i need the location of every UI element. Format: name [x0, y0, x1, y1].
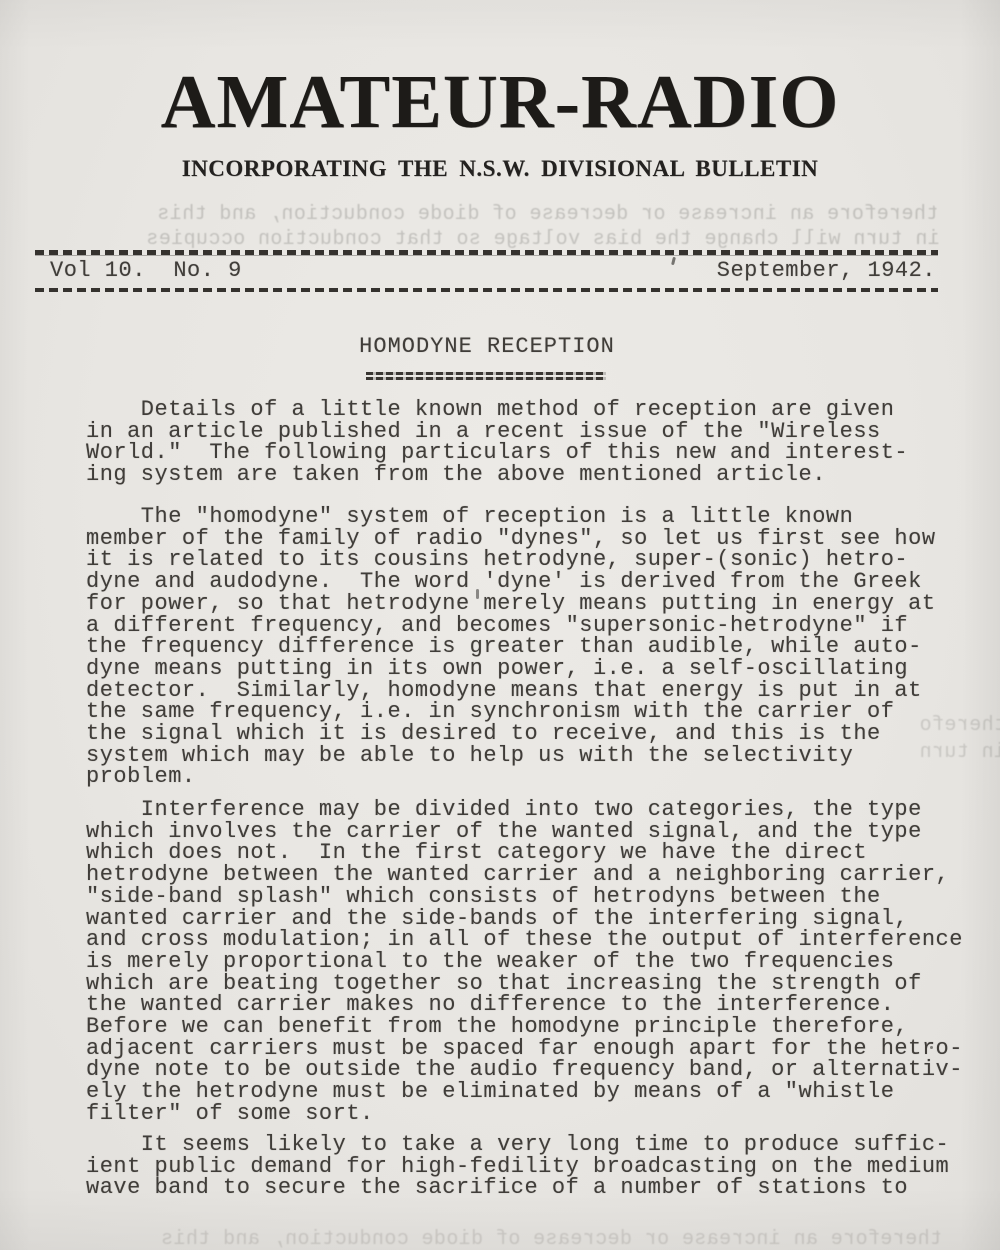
issue-volume: Vol 10. No. 9 — [50, 260, 242, 282]
text-line: the wanted carrier makes no difference t… — [86, 994, 966, 1016]
text-line: filter" of some sort. — [86, 1103, 966, 1125]
paragraph: Details of a little known method of rece… — [86, 399, 966, 486]
paragraph: Interference may be divided into two cat… — [86, 799, 966, 1125]
text-line: which does not. In the first category we… — [86, 842, 966, 864]
text-line: system which may be able to help us with… — [86, 745, 966, 767]
ink-bleedthrough-fragment: therefo — [882, 714, 1000, 737]
text-line: dyne means putting in its own power, i.e… — [86, 658, 966, 680]
text-line: for power, so that hetrodyne merely mean… — [86, 593, 966, 615]
text-line: is merely proportional to the weaker of … — [86, 951, 966, 973]
masthead-title: AMATEUR-RADIO — [0, 64, 1000, 140]
ink-bleedthrough-line: in turn will change the bias voltage so … — [146, 228, 940, 251]
issue-date: September, 1942. — [717, 260, 936, 282]
text-line: which involves the carrier of the wanted… — [86, 821, 966, 843]
text-line: detector. Similarly, homodyne means that… — [86, 680, 966, 702]
text-line: Before we can benefit from the homodyne … — [86, 1016, 966, 1038]
text-line: wanted carrier and the side-bands of the… — [86, 908, 966, 930]
heading-underline — [366, 377, 606, 380]
text-line: which are beating together so that incre… — [86, 973, 966, 995]
issue-info-row: Vol 10. No. 9 September, 1942. — [0, 260, 1000, 286]
text-line: it is related to its cousins hetrodyne, … — [86, 549, 966, 571]
text-line: the same frequency, i.e. in synchronism … — [86, 701, 966, 723]
text-line: the frequency difference is greater than… — [86, 636, 966, 658]
text-line: It seems likely to take a very long time… — [86, 1134, 966, 1156]
paragraph: It seems likely to take a very long time… — [86, 1134, 966, 1199]
ink-speck — [930, 1046, 933, 1049]
text-line: Interference may be divided into two cat… — [86, 799, 966, 821]
text-line: member of the family of radio "dynes", s… — [86, 528, 966, 550]
text-line: the signal which it is desired to receiv… — [86, 723, 966, 745]
text-line: ient public demand for high-fedility bro… — [86, 1156, 966, 1178]
heading-underline — [366, 372, 606, 375]
text-line: World." The following particulars of thi… — [86, 442, 966, 464]
ink-speck — [476, 589, 479, 599]
ink-bleedthrough-line: therefore an increase or decrease of dio… — [157, 203, 938, 226]
text-line: a different frequency, and becomes "supe… — [86, 615, 966, 637]
dashed-rule-top — [35, 250, 938, 255]
paragraph: The "homodyne" system of reception is a … — [86, 506, 966, 788]
text-line: in an article published in a recent issu… — [86, 421, 966, 443]
text-line: dyne and audodyne. The word 'dyne' is de… — [86, 571, 966, 593]
masthead-subtitle: INCORPORATING THE N.S.W. DIVISIONAL BULL… — [0, 156, 1000, 181]
text-line: dyne note to be outside the audio freque… — [86, 1059, 966, 1081]
text-line: wave band to secure the sacrifice of a n… — [86, 1177, 966, 1199]
ink-bleedthrough-line: therefore an increase or decrease of dio… — [72, 1228, 942, 1250]
scanned-bulletin-page: AMATEUR-RADIO INCORPORATING THE N.S.W. D… — [0, 0, 1000, 1250]
text-line: ely the hetrodyne must be eliminated by … — [86, 1081, 966, 1103]
text-line: adjacent carriers must be spaced far eno… — [86, 1038, 966, 1060]
text-line: Details of a little known method of rece… — [86, 399, 966, 421]
article-heading: HOMODYNE RECEPTION — [0, 336, 987, 358]
ink-bleedthrough-fragment: in turn — [882, 741, 1000, 764]
text-line: hetrodyne between the wanted carrier and… — [86, 864, 966, 886]
text-line: The "homodyne" system of reception is a … — [86, 506, 966, 528]
dashed-rule-bottom — [35, 288, 938, 292]
text-line: ing system are taken from the above ment… — [86, 464, 966, 486]
text-line: and cross modulation; in all of these th… — [86, 929, 966, 951]
text-line: problem. — [86, 766, 966, 788]
text-line: "side-band splash" which consists of het… — [86, 886, 966, 908]
